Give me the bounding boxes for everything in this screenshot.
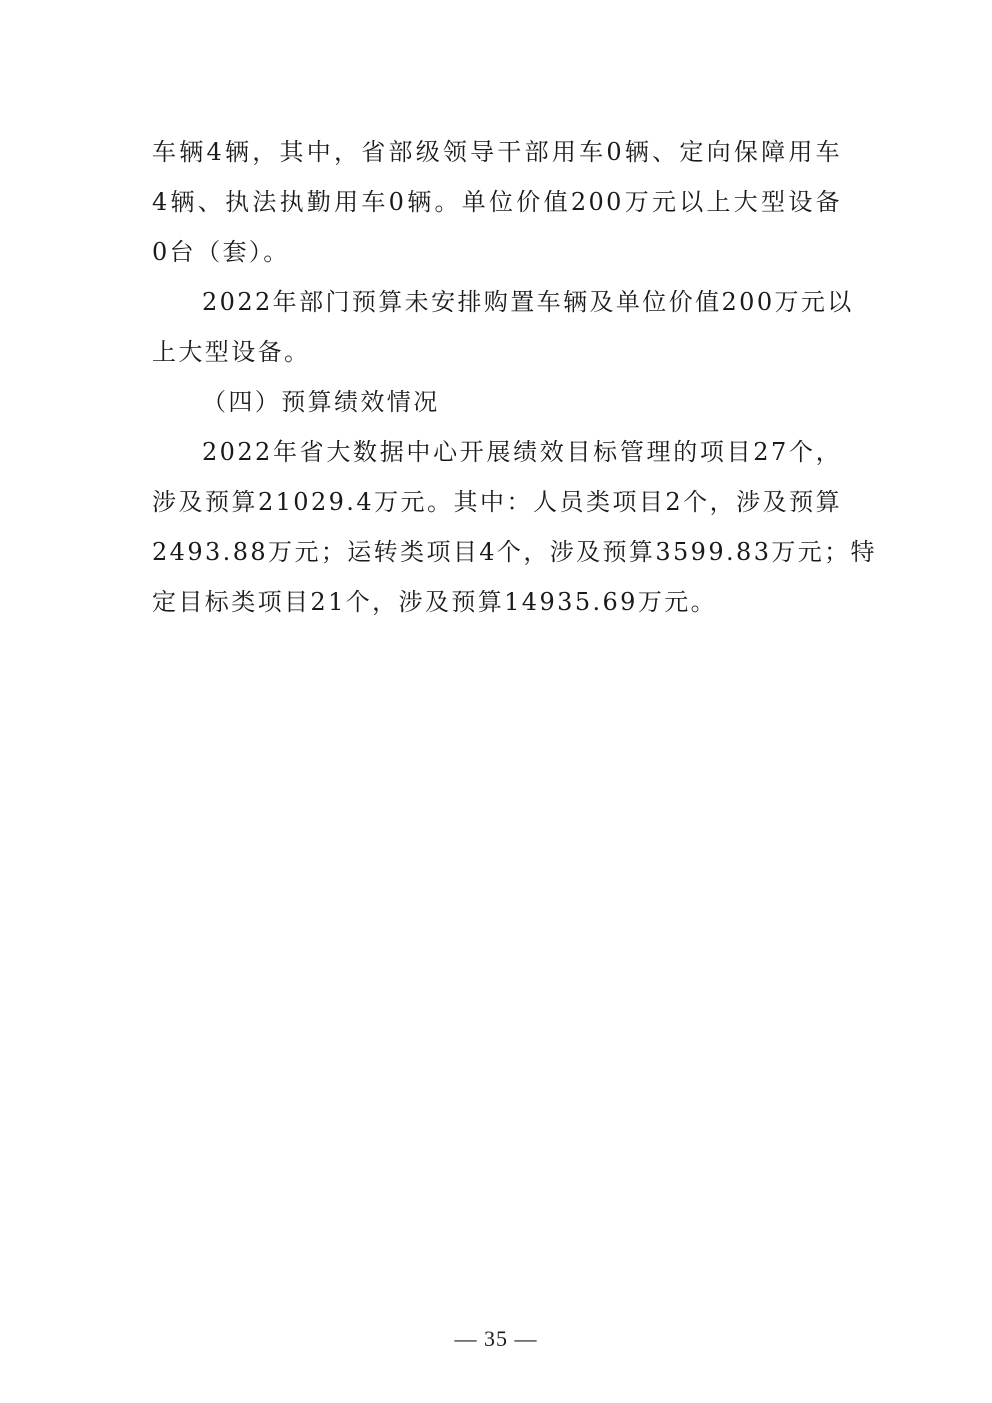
paragraph-no-purchase-line-1: 2022年部门预算未安排购置车辆及单位价值200万元以	[202, 287, 842, 317]
paragraph-performance-line-1: 2022年省大数据中心开展绩效目标管理的项目27个，	[202, 437, 842, 467]
paragraph-no-purchase-line-2: 上大型设备。	[152, 337, 842, 367]
paragraph-performance-line-2: 涉及预算21029.4万元。其中：人员类项目2个，涉及预算	[152, 487, 842, 517]
paragraph-vehicles-line-3: 0台（套）。	[152, 237, 842, 267]
paragraph-vehicles-line-1: 车辆4辆，其中，省部级领导干部用车0辆、定向保障用车	[152, 137, 842, 167]
section-heading-performance: （四）预算绩效情况	[202, 387, 892, 417]
paragraph-vehicles-line-2: 4辆、执法执勤用车0辆。单位价值200万元以上大型设备	[152, 187, 842, 217]
paragraph-performance-line-4: 定目标类项目21个，涉及预算14935.69万元。	[152, 587, 842, 617]
page-number: — 35 —	[0, 1325, 992, 1353]
document-page: 车辆4辆，其中，省部级领导干部用车0辆、定向保障用车 4辆、执法执勤用车0辆。单…	[0, 0, 992, 1403]
paragraph-performance-line-3: 2493.88万元；运转类项目4个，涉及预算3599.83万元；特	[152, 537, 842, 567]
